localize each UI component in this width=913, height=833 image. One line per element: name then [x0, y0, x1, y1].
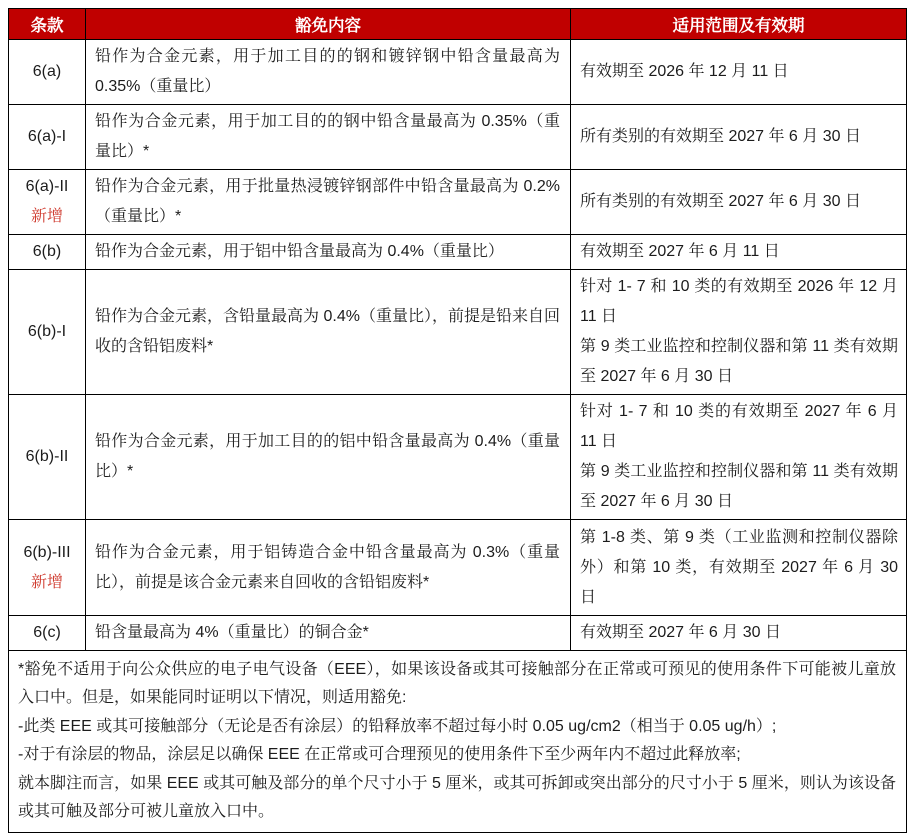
header-validity: 适用范围及有效期 — [571, 9, 907, 40]
validity-line: 所有类别的有效期至 2027 年 6 月 30 日 — [580, 122, 898, 152]
exemption-content: 铅作为合金元素，用于铝铸造合金中铅含量最高为 0.3%（重量比），前提是该合金元… — [86, 520, 571, 616]
table-row: 6(a) 铅作为合金元素，用于加工目的的钢和镀锌钢中铅含量最高为 0.35%（重… — [9, 40, 907, 105]
exemption-table: 条款 豁免内容 适用范围及有效期 6(a) 铅作为合金元素，用于加工目的的钢和镀… — [8, 8, 907, 833]
header-content: 豁免内容 — [86, 9, 571, 40]
clause-id: 6(a)-I — [11, 122, 83, 152]
footnote-row: *豁免不适用于向公众供应的电子电气设备（EEE），如果该设备或其可接触部分在正常… — [9, 651, 907, 833]
validity-line: 针对 1- 7 和 10 类的有效期至 2026 年 12 月 11 日 — [580, 272, 898, 332]
clause-id: 6(b) — [11, 237, 83, 267]
header-row: 条款 豁免内容 适用范围及有效期 — [9, 9, 907, 40]
clause-cell: 6(b)-II — [9, 395, 86, 520]
exemption-content: 铅作为合金元素，用于铝中铅含量最高为 0.4%（重量比） — [86, 235, 571, 270]
validity-line: 有效期至 2026 年 12 月 11 日 — [580, 57, 898, 87]
table-row: 6(a)-II 新增 铅作为合金元素，用于批量热浸镀锌钢部件中铅含量最高为 0.… — [9, 170, 907, 235]
exemption-content: 铅作为合金元素，含铅量最高为 0.4%（重量比），前提是铅来自回收的含铅铝废料* — [86, 270, 571, 395]
validity-cell: 有效期至 2026 年 12 月 11 日 — [571, 40, 907, 105]
clause-cell: 6(b)-III 新增 — [9, 520, 86, 616]
validity-line: 第 9 类工业监控和控制仪器和第 11 类有效期至 2027 年 6 月 30 … — [580, 457, 898, 517]
header-clause: 条款 — [9, 9, 86, 40]
footnote-line: 就本脚注而言，如果 EEE 或其可触及部分的单个尺寸小于 5 厘米，或其可拆卸或… — [18, 770, 896, 827]
clause-id: 6(c) — [11, 618, 83, 648]
document-page: 条款 豁免内容 适用范围及有效期 6(a) 铅作为合金元素，用于加工目的的钢和镀… — [0, 0, 913, 797]
new-badge: 新增 — [11, 568, 83, 598]
clause-id: 6(a)-II — [11, 172, 83, 202]
clause-id: 6(a) — [11, 57, 83, 87]
new-badge: 新增 — [11, 202, 83, 232]
validity-line: 所有类别的有效期至 2027 年 6 月 30 日 — [580, 187, 898, 217]
exemption-content: 铅作为合金元素，用于加工目的的钢和镀锌钢中铅含量最高为 0.35%（重量比） — [86, 40, 571, 105]
footnote-cell: *豁免不适用于向公众供应的电子电气设备（EEE），如果该设备或其可接触部分在正常… — [9, 651, 907, 833]
clause-cell: 6(a)-II 新增 — [9, 170, 86, 235]
validity-cell: 有效期至 2027 年 6 月 30 日 — [571, 616, 907, 651]
validity-cell: 针对 1- 7 和 10 类的有效期至 2026 年 12 月 11 日 第 9… — [571, 270, 907, 395]
clause-id: 6(b)-I — [11, 317, 83, 347]
footnote-line: -对于有涂层的物品，涂层足以确保 EEE 在正常或可合理预见的使用条件下至少两年… — [18, 741, 896, 769]
validity-line: 针对 1- 7 和 10 类的有效期至 2027 年 6 月 11 日 — [580, 397, 898, 457]
clause-cell: 6(a)-I — [9, 105, 86, 170]
exemption-content: 铅作为合金元素，用于批量热浸镀锌钢部件中铅含量最高为 0.2%（重量比）* — [86, 170, 571, 235]
exemption-content: 铅作为合金元素，用于加工目的的铝中铅含量最高为 0.4%（重量比）* — [86, 395, 571, 520]
clause-cell: 6(a) — [9, 40, 86, 105]
table-row: 6(b)-II 铅作为合金元素，用于加工目的的铝中铅含量最高为 0.4%（重量比… — [9, 395, 907, 520]
table-row: 6(a)-I 铅作为合金元素，用于加工目的的钢中铅含量最高为 0.35%（重量比… — [9, 105, 907, 170]
footnote-line: *豁免不适用于向公众供应的电子电气设备（EEE），如果该设备或其可接触部分在正常… — [18, 656, 896, 713]
clause-cell: 6(b)-I — [9, 270, 86, 395]
clause-id: 6(b)-II — [11, 442, 83, 472]
validity-cell: 第 1-8 类、第 9 类（工业监测和控制仪器除外）和第 10 类，有效期至 2… — [571, 520, 907, 616]
clause-cell: 6(b) — [9, 235, 86, 270]
table-row: 6(b)-III 新增 铅作为合金元素，用于铝铸造合金中铅含量最高为 0.3%（… — [9, 520, 907, 616]
validity-line: 第 1-8 类、第 9 类（工业监测和控制仪器除外）和第 10 类，有效期至 2… — [580, 523, 898, 613]
footnote-line: -此类 EEE 或其可接触部分（无论是否有涂层）的铅释放率不超过每小时 0.05… — [18, 713, 896, 741]
table-row: 6(c) 铅含量最高为 4%（重量比）的铜合金* 有效期至 2027 年 6 月… — [9, 616, 907, 651]
validity-cell: 所有类别的有效期至 2027 年 6 月 30 日 — [571, 170, 907, 235]
exemption-content: 铅含量最高为 4%（重量比）的铜合金* — [86, 616, 571, 651]
table-row: 6(b)-I 铅作为合金元素，含铅量最高为 0.4%（重量比），前提是铅来自回收… — [9, 270, 907, 395]
exemption-content: 铅作为合金元素，用于加工目的的钢中铅含量最高为 0.35%（重量比）* — [86, 105, 571, 170]
validity-cell: 有效期至 2027 年 6 月 11 日 — [571, 235, 907, 270]
clause-id: 6(b)-III — [11, 538, 83, 568]
validity-cell: 所有类别的有效期至 2027 年 6 月 30 日 — [571, 105, 907, 170]
validity-line: 第 9 类工业监控和控制仪器和第 11 类有效期至 2027 年 6 月 30 … — [580, 332, 898, 392]
clause-cell: 6(c) — [9, 616, 86, 651]
validity-cell: 针对 1- 7 和 10 类的有效期至 2027 年 6 月 11 日 第 9 … — [571, 395, 907, 520]
validity-line: 有效期至 2027 年 6 月 11 日 — [580, 237, 898, 267]
table-row: 6(b) 铅作为合金元素，用于铝中铅含量最高为 0.4%（重量比） 有效期至 2… — [9, 235, 907, 270]
validity-line: 有效期至 2027 年 6 月 30 日 — [580, 618, 898, 648]
